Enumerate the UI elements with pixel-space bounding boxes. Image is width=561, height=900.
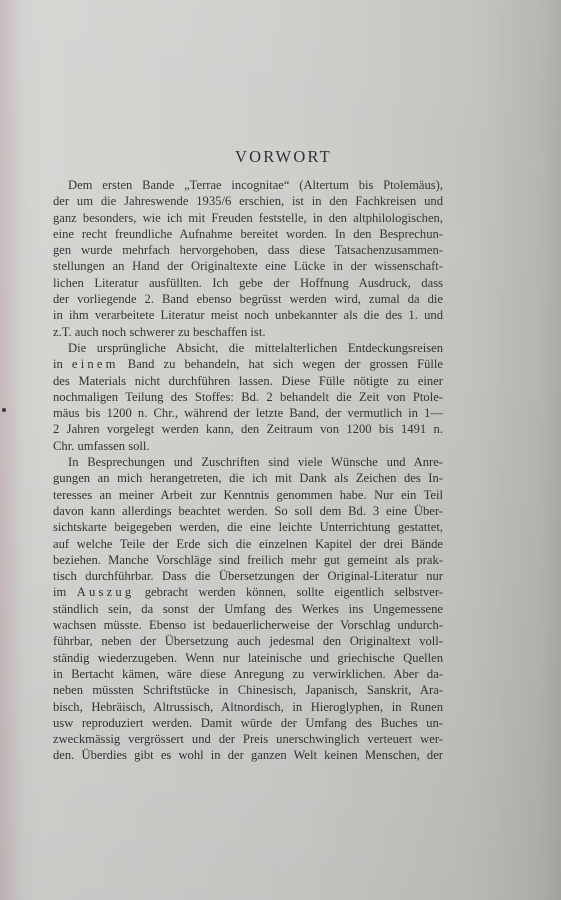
text-line: ganz besonders, wie ich mit Freuden fest… <box>53 210 443 226</box>
text-line: ständlich sein, da sonst der Umfang des … <box>53 601 443 617</box>
text-line: bisch, Hebräisch, Altrussisch, Altnordis… <box>53 699 443 715</box>
text-run: in <box>53 357 72 371</box>
text-line: tisch durchführbar. Dass die Übersetzung… <box>53 568 443 584</box>
text-line: beziehen. Manche Vorschläge sind freilic… <box>53 552 443 568</box>
text-run: im <box>53 585 77 599</box>
text-line: Dem ersten Bande „Terrae incognitae“ (Al… <box>53 177 443 193</box>
text-line: Die ursprüngliche Absicht, die mittelalt… <box>53 340 443 356</box>
text-line: auf welche Teile der Erde sich die einze… <box>53 536 443 552</box>
text-line: ständig wiederzugeben. Wenn nur lateinis… <box>53 650 443 666</box>
text-line: lichen Literatur ausfüllten. Ich gebe de… <box>53 275 443 291</box>
text-line: eine recht freundliche Aufnahme bereitet… <box>53 226 443 242</box>
text-line: teresses an meiner Arbeit zur Kenntnis g… <box>53 487 443 503</box>
emphasized-word: Auszug <box>77 585 135 599</box>
text-line-spaced: in einem Band zu behandeln, hat sich weg… <box>53 356 443 372</box>
text-line: führbar, neben der Übersetzung auch jede… <box>53 633 443 649</box>
text-line-spaced: im Auszug gebracht werden können, sollte… <box>53 584 443 600</box>
preface-body: Dem ersten Bande „Terrae incognitae“ (Al… <box>53 177 443 764</box>
text-line: In Besprechungen und Zuschriften sind vi… <box>53 454 443 470</box>
page-title: VORWORT <box>0 147 561 167</box>
emphasized-word: einem <box>72 357 119 371</box>
text-run: gebracht werden können, sollte eigentlic… <box>134 585 443 599</box>
text-line: des Materials nicht durchführen lassen. … <box>53 373 443 389</box>
text-line: gen wurde mehrfach hervorgehoben, dass d… <box>53 242 443 258</box>
text-line: 2 Jahren vorgelegt werden kann, den Zeit… <box>53 421 443 437</box>
text-line: zweckmässig vergrössert und der Preis un… <box>53 731 443 747</box>
text-line: in ihm verarbeitete Literatur meist noch… <box>53 307 443 323</box>
text-line: in Bertacht kämen, wäre diese Anregung z… <box>53 666 443 682</box>
text-line: usw reproduziert werden. Damit würde der… <box>53 715 443 731</box>
text-line: sichtskarte beigegeben werden, die eine … <box>53 519 443 535</box>
text-line: mäus bis 1200 n. Chr., während der letzt… <box>53 405 443 421</box>
text-line: der um die Jahreswende 1935/6 erschien, … <box>53 193 443 209</box>
text-line: nochmaligen Teilung des Stoffes: Bd. 2 b… <box>53 389 443 405</box>
margin-mark <box>2 408 6 412</box>
text-line: den. Überdies gibt es wohl in der ganzen… <box>53 747 443 763</box>
paragraph-3: In Besprechungen und Zuschriften sind vi… <box>53 454 443 764</box>
text-line: wachsen müsste. Ebenso ist bedauerlicher… <box>53 617 443 633</box>
text-line: neben müssten Schriftstücke in Chinesisc… <box>53 682 443 698</box>
paragraph-2: Die ursprüngliche Absicht, die mittelalt… <box>53 340 443 454</box>
text-run: Band zu behandeln, hat sich wegen der gr… <box>119 357 443 371</box>
book-page-photo: VORWORT Dem ersten Bande „Terrae incogni… <box>0 0 561 900</box>
paragraph-1: Dem ersten Bande „Terrae incognitae“ (Al… <box>53 177 443 340</box>
text-line: z.T. auch noch schwerer zu beschaffen is… <box>53 324 443 340</box>
text-line: gungen an mich herangetreten, die ich mi… <box>53 470 443 486</box>
text-line: Chr. umfassen soll. <box>53 438 443 454</box>
text-line: der vorliegende 2. Band ebenso begrüsst … <box>53 291 443 307</box>
text-line: stellungen an Hand der Originaltexte ein… <box>53 258 443 274</box>
text-line: davon kann allerdings beachtet werden. S… <box>53 503 443 519</box>
